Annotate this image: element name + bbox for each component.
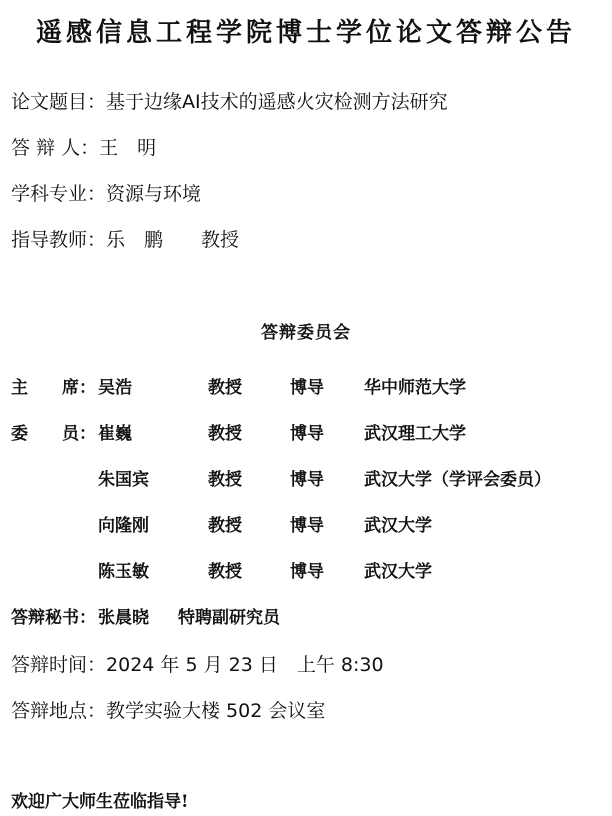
member-affiliation: 华中师范大学 <box>364 373 466 398</box>
member-tutor: 博导 <box>290 557 324 582</box>
welcome-message: 欢迎广大师生莅临指导! <box>11 787 188 812</box>
member-tutor: 博导 <box>290 373 324 398</box>
thesis-title-line: 论文题目：基于边缘AI技术的遥感火灾检测方法研究 <box>11 87 448 114</box>
thesis-title-label: 论文题目： <box>11 91 106 113</box>
member-name: 吴浩 <box>98 373 132 398</box>
page-title: 遥感信息工程学院博士学位论文答辩公告 <box>0 12 612 49</box>
member-tutor: 博导 <box>290 419 324 444</box>
advisor-value: 乐 鹏 教授 <box>106 229 239 251</box>
member-title: 教授 <box>208 373 242 398</box>
defense-time-line: 答辩时间：2024 年 5 月 23 日 上午 8:30 <box>11 650 384 677</box>
member-affiliation: 武汉大学 <box>364 557 432 582</box>
role-char-1: 主 <box>11 373 28 398</box>
role-char-1: 委 <box>11 419 28 444</box>
member-name: 朱国宾 <box>98 465 149 490</box>
member-name: 陈玉敏 <box>98 557 149 582</box>
role-char-2: 席： <box>62 373 96 398</box>
defense-location-line: 答辩地点：教学实验大楼 502 会议室 <box>11 696 325 723</box>
member-tutor: 博导 <box>290 465 324 490</box>
defense-location-value: 教学实验大楼 502 会议室 <box>106 700 325 722</box>
member-title: 教授 <box>208 465 242 490</box>
advisor-label: 指导教师： <box>11 229 106 251</box>
member-title: 教授 <box>208 419 242 444</box>
member-tutor: 博导 <box>290 511 324 536</box>
member-affiliation: 武汉理工大学 <box>364 419 466 444</box>
thesis-title-value: 基于边缘AI技术的遥感火灾检测方法研究 <box>106 91 448 113</box>
member-title: 教授 <box>208 557 242 582</box>
secretary-title: 特聘副研究员 <box>178 603 280 628</box>
major-line: 学科专业：资源与环境 <box>11 179 201 206</box>
member-name: 崔巍 <box>98 419 132 444</box>
member-name: 向隆刚 <box>98 511 149 536</box>
candidate-line: 答 辩 人：王 明 <box>11 133 156 160</box>
candidate-value: 王 明 <box>99 137 156 159</box>
member-title: 教授 <box>208 511 242 536</box>
major-label: 学科专业： <box>11 183 106 205</box>
secretary-name: 张晨晓 <box>98 603 149 628</box>
defense-location-label: 答辩地点： <box>11 700 106 722</box>
defense-time-value: 2024 年 5 月 23 日 上午 8:30 <box>106 654 384 676</box>
candidate-label: 答 辩 人： <box>11 137 99 159</box>
major-value: 资源与环境 <box>106 183 201 205</box>
role-char-2: 员： <box>62 419 96 444</box>
member-affiliation: 武汉大学 <box>364 511 432 536</box>
secretary-label: 答辩秘书： <box>11 603 96 628</box>
member-affiliation: 武汉大学（学评会委员） <box>364 465 551 490</box>
defense-time-label: 答辩时间： <box>11 654 106 676</box>
advisor-line: 指导教师：乐 鹏 教授 <box>11 225 239 252</box>
committee-heading: 答辩委员会 <box>0 318 612 343</box>
